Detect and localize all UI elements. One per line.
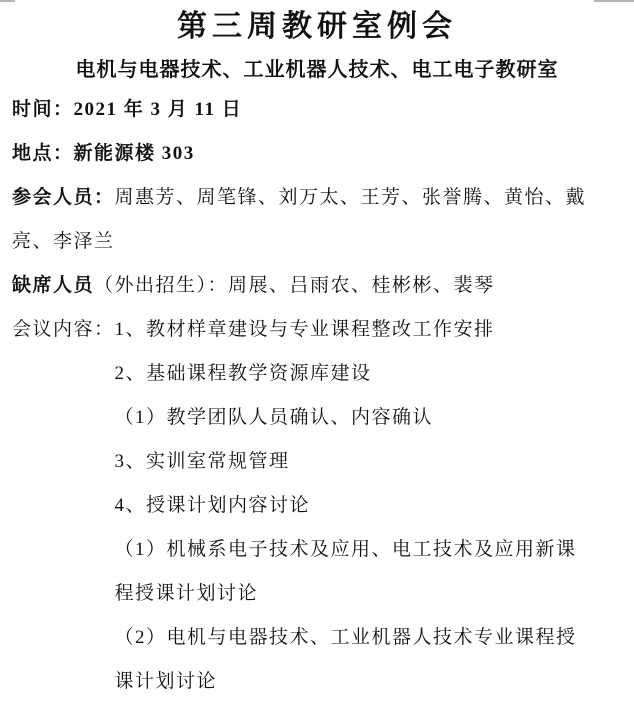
document-body: 时间：2021 年 3 月 11 日 地点：新能源楼 303 参会人员：周惠芳、…: [0, 88, 634, 704]
absentees-value: 周展、吕雨农、桂彬彬、裴琴: [228, 275, 495, 296]
location-value: 新能源楼 303: [74, 143, 195, 164]
agenda-item: 3、实训室常规管理: [115, 440, 597, 484]
agenda-item: （2）电机与电器技术、工业机器人技术专业课程授课计划讨论: [115, 616, 597, 704]
agenda-items: 1、教材样章建设与专业课程整改工作安排 2、基础课程教学资源库建设 （1）教学团…: [115, 308, 597, 704]
agenda-section: 会议内容： 1、教材样章建设与专业课程整改工作安排 2、基础课程教学资源库建设 …: [12, 308, 604, 704]
absentees-note: （外出招生）：: [94, 275, 228, 296]
attendees-label: 参会人员：: [12, 187, 115, 208]
document-page: { "document": { "title": "第三周教研室例会", "su…: [0, 0, 634, 707]
location-line: 地点：新能源楼 303: [12, 132, 604, 176]
agenda-item: 4、授课计划内容讨论: [115, 484, 597, 528]
time-label: 时间：: [12, 99, 74, 120]
absentees-label: 缺席人员: [12, 275, 94, 296]
document-subtitle: 电机与电器技术、工业机器人技术、电工电子教研室: [0, 52, 634, 88]
time-line: 时间：2021 年 3 月 11 日: [12, 88, 604, 132]
agenda-item: （1）机械系电子技术及应用、电工技术及应用新课程授课计划讨论: [115, 528, 597, 616]
agenda-item: 1、教材样章建设与专业课程整改工作安排: [115, 308, 597, 352]
top-right-border-fragment: [594, 0, 634, 2]
location-label: 地点：: [12, 143, 74, 164]
agenda-item: 2、基础课程教学资源库建设: [115, 352, 597, 396]
absentees-line: 缺席人员（外出招生）：周展、吕雨农、桂彬彬、裴琴: [12, 264, 604, 308]
attendees-line: 参会人员：周惠芳、周笔锋、刘万太、王芳、张誉腾、黄怡、戴亮、李泽兰: [12, 176, 604, 264]
document-title: 第三周教研室例会: [0, 0, 634, 52]
agenda-item: （1）教学团队人员确认、内容确认: [115, 396, 597, 440]
top-left-border-fragment: [0, 0, 15, 2]
agenda-label: 会议内容：: [12, 308, 115, 352]
time-value: 2021 年 3 月 11 日: [74, 99, 243, 120]
